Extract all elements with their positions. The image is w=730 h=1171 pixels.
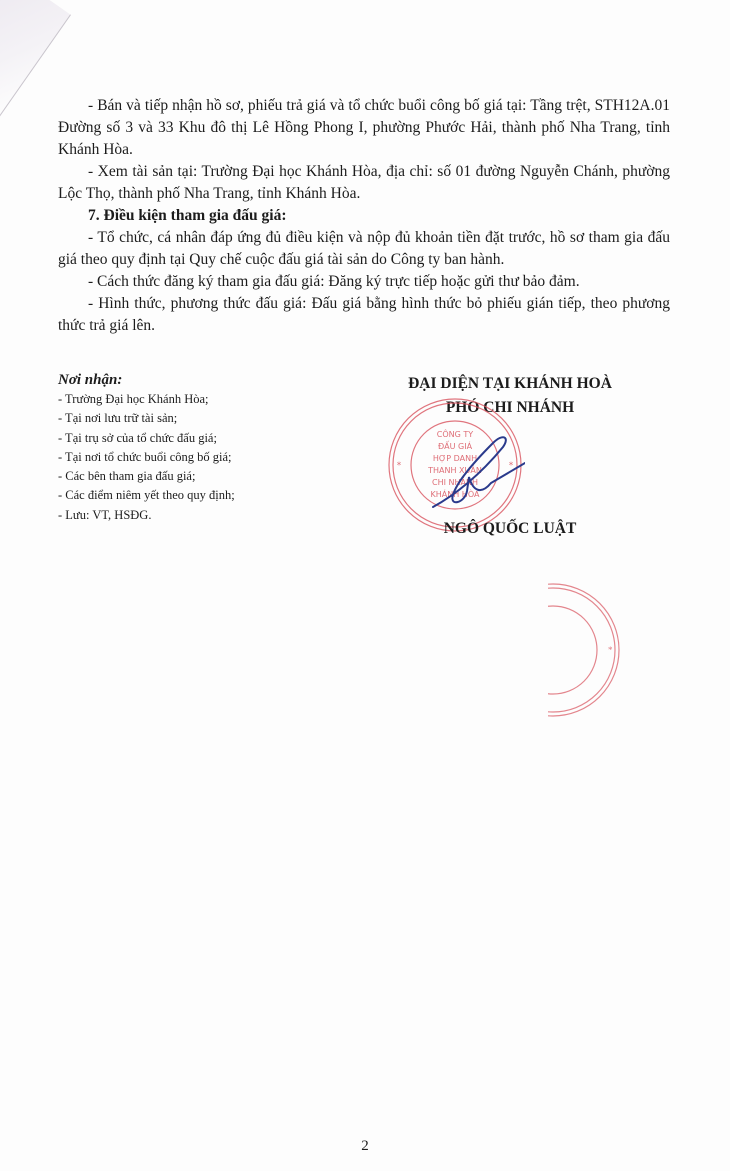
company-seal-icon: CÔNG TY ĐẤU GIÁ HỢP DANH THANH XUÂN CHI … — [385, 395, 525, 535]
svg-text:*: * — [608, 645, 613, 655]
page-number: 2 — [0, 1138, 730, 1155]
recipients-title: Nơi nhận: — [58, 370, 348, 390]
svg-text:*: * — [397, 461, 402, 471]
recipient-item: - Trường Đại học Khánh Hòa; — [58, 390, 348, 409]
paragraph: - Cách thức đăng ký tham gia đấu giá: Đă… — [58, 271, 670, 293]
svg-text:CÔNG TY: CÔNG TY — [437, 428, 473, 439]
recipient-item: - Lưu: VT, HSĐG. — [58, 506, 348, 525]
svg-text:ĐẤU GIÁ: ĐẤU GIÁ — [438, 440, 473, 451]
recipients-block: Nơi nhận: - Trường Đại học Khánh Hòa; - … — [58, 370, 348, 525]
signer-name: NGÔ QUỐC LUẬT — [380, 520, 640, 538]
document-body: - Bán và tiếp nhận hồ sơ, phiếu trả giá … — [58, 95, 670, 337]
recipient-item: - Tại nơi lưu trữ tài sản; — [58, 409, 348, 428]
recipient-item: - Tại trụ sở của tổ chức đấu giá; — [58, 429, 348, 448]
signature-title: ĐẠI DIỆN TẠI KHÁNH HOÀ — [380, 372, 640, 396]
edge-seal-icon: * — [548, 580, 628, 720]
svg-text:HỢP DANH: HỢP DANH — [433, 454, 477, 463]
paragraph: - Tổ chức, cá nhân đáp ứng đủ điều kiện … — [58, 227, 670, 271]
svg-text:THANH XUÂN: THANH XUÂN — [427, 464, 482, 475]
recipient-item: - Các bên tham gia đấu giá; — [58, 467, 348, 486]
recipient-item: - Các điểm niêm yết theo quy định; — [58, 486, 348, 505]
paragraph: - Bán và tiếp nhận hồ sơ, phiếu trả giá … — [58, 95, 670, 161]
paragraph: - Xem tài sản tại: Trường Đại học Khánh … — [58, 161, 670, 205]
paragraph: - Hình thức, phương thức đấu giá: Đấu gi… — [58, 293, 670, 337]
recipient-item: - Tại nơi tổ chức buổi công bố giá; — [58, 448, 348, 467]
section-heading: 7. Điều kiện tham gia đấu giá: — [58, 205, 670, 227]
